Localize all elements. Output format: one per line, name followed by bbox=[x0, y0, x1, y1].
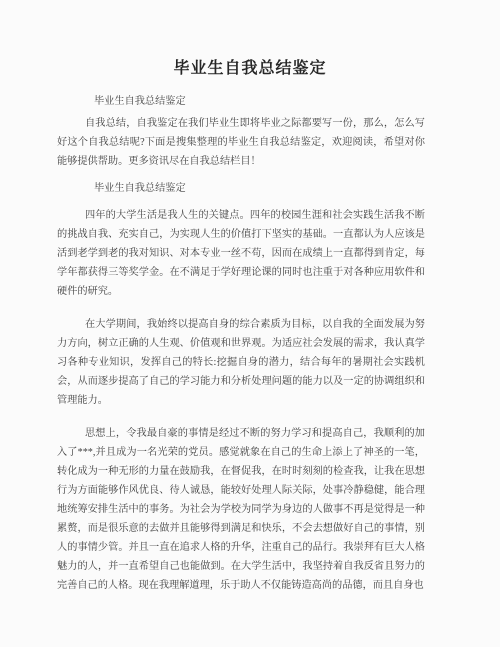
section-subheading-2: 毕业生自我总结鉴定 bbox=[57, 179, 425, 198]
document-page: 毕业生自我总结鉴定 毕业生自我总结鉴定 自我总结，自我鉴定在我们毕业生即将毕业之… bbox=[0, 0, 500, 647]
document-title: 毕业生自我总结鉴定 bbox=[0, 56, 500, 82]
paragraph-ideology: 思想上，令我最自豪的事情是经过不断的努力学习和提高自己，我顺利的加入了***,并… bbox=[57, 424, 425, 595]
paragraph-development: 在大学期间，我始终以提高自身的综合素质为目标，以自我的全面发展为努力方向，树立正… bbox=[57, 315, 425, 410]
section-subheading-1: 毕业生自我总结鉴定 bbox=[57, 92, 425, 111]
paragraph-intro: 自我总结，自我鉴定在我们毕业生即将毕业之际都要写一份，那么，怎么写好这个自我总结… bbox=[57, 114, 425, 171]
paragraph-study: 四年的大学生活是我人生的关键点。四年的校园生涯和社会实践生活我不断的挑战自我、充… bbox=[57, 206, 425, 301]
document-body: 毕业生自我总结鉴定 自我总结，自我鉴定在我们毕业生即将毕业之际都要写一份，那么，… bbox=[57, 92, 425, 595]
